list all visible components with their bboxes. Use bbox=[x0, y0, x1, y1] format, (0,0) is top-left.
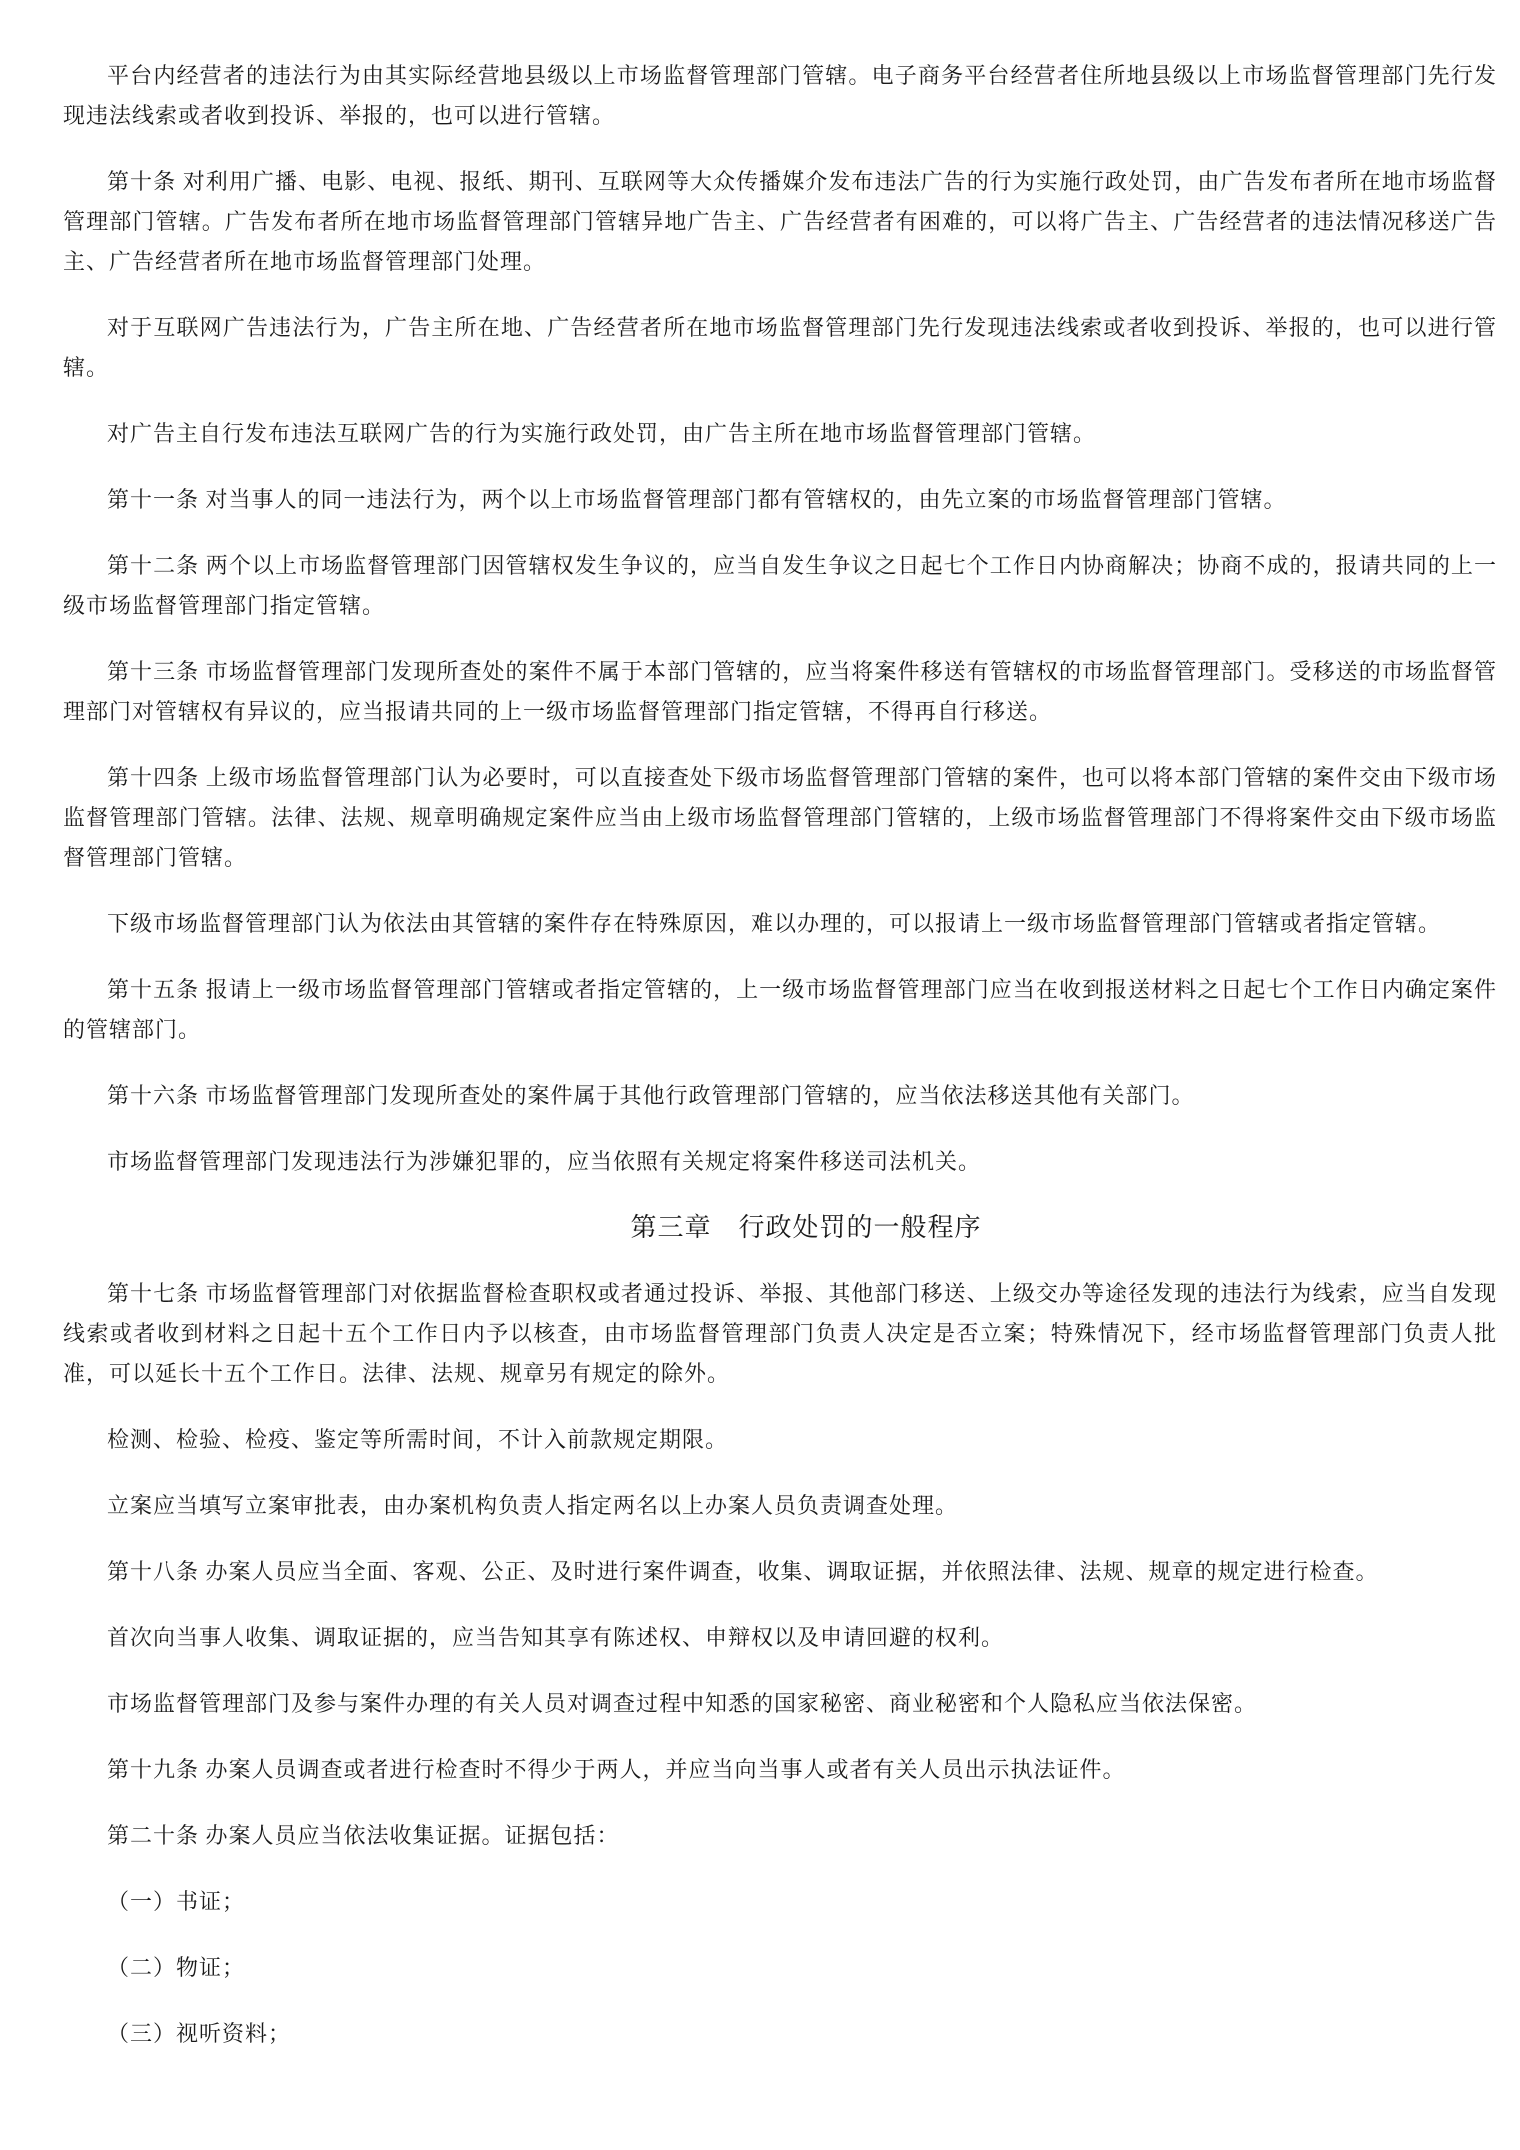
paragraph-first-evidence-notice: 首次向当事人收集、调取证据的，应当告知其享有陈述权、申辩权以及申请回避的权利。 bbox=[63, 1618, 1497, 1658]
paragraph-article-15: 第十五条 报请上一级市场监督管理部门管辖或者指定管辖的，上一级市场监督管理部门应… bbox=[63, 970, 1497, 1050]
paragraph-article-11: 第十一条 对当事人的同一违法行为，两个以上市场监督管理部门都有管辖权的，由先立案… bbox=[63, 480, 1497, 520]
paragraph-criminal-transfer: 市场监督管理部门发现违法行为涉嫌犯罪的，应当依照有关规定将案件移送司法机关。 bbox=[63, 1142, 1497, 1182]
paragraph-article-17: 第十七条 市场监督管理部门对依据监督检查职权或者通过投诉、举报、其他部门移送、上… bbox=[63, 1274, 1497, 1394]
paragraph-platform-jurisdiction: 平台内经营者的违法行为由其实际经营地县级以上市场监督管理部门管辖。电子商务平台经… bbox=[63, 56, 1497, 136]
list-item-audiovisual-material: （三）视听资料； bbox=[63, 2014, 1497, 2054]
paragraph-confidentiality: 市场监督管理部门及参与案件办理的有关人员对调查过程中知悉的国家秘密、商业秘密和个… bbox=[63, 1684, 1497, 1724]
paragraph-advertiser-self-publish: 对广告主自行发布违法互联网广告的行为实施行政处罚，由广告主所在地市场监督管理部门… bbox=[63, 414, 1497, 454]
chapter-heading: 第三章 行政处罚的一般程序 bbox=[63, 1208, 1497, 1248]
paragraph-article-16: 第十六条 市场监督管理部门发现所查处的案件属于其他行政管理部门管辖的，应当依法移… bbox=[63, 1076, 1497, 1116]
paragraph-article-13: 第十三条 市场监督管理部门发现所查处的案件不属于本部门管辖的，应当将案件移送有管… bbox=[63, 652, 1497, 732]
paragraph-case-filing-form: 立案应当填写立案审批表，由办案机构负责人指定两名以上办案人员负责调查处理。 bbox=[63, 1486, 1497, 1526]
paragraph-internet-ad-violation: 对于互联网广告违法行为，广告主所在地、广告经营者所在地市场监督管理部门先行发现违… bbox=[63, 308, 1497, 388]
paragraph-article-12: 第十二条 两个以上市场监督管理部门因管辖权发生争议的，应当自发生争议之日起七个工… bbox=[63, 546, 1497, 626]
list-item-documentary-evidence: （一）书证； bbox=[63, 1882, 1497, 1922]
paragraph-article-20: 第二十条 办案人员应当依法收集证据。证据包括： bbox=[63, 1816, 1497, 1856]
paragraph-lower-level-special-reason: 下级市场监督管理部门认为依法由其管辖的案件存在特殊原因，难以办理的，可以报请上一… bbox=[63, 904, 1497, 944]
paragraph-article-18: 第十八条 办案人员应当全面、客观、公正、及时进行案件调查，收集、调取证据，并依照… bbox=[63, 1552, 1497, 1592]
paragraph-article-19: 第十九条 办案人员调查或者进行检查时不得少于两人，并应当向当事人或者有关人员出示… bbox=[63, 1750, 1497, 1790]
paragraph-article-14: 第十四条 上级市场监督管理部门认为必要时，可以直接查处下级市场监督管理部门管辖的… bbox=[63, 758, 1497, 878]
paragraph-testing-time-excluded: 检测、检验、检疫、鉴定等所需时间，不计入前款规定期限。 bbox=[63, 1420, 1497, 1460]
document-page: 平台内经营者的违法行为由其实际经营地县级以上市场监督管理部门管辖。电子商务平台经… bbox=[0, 0, 1520, 2150]
paragraph-article-10: 第十条 对利用广播、电影、电视、报纸、期刊、互联网等大众传播媒介发布违法广告的行… bbox=[63, 162, 1497, 282]
list-item-physical-evidence: （二）物证； bbox=[63, 1948, 1497, 1988]
